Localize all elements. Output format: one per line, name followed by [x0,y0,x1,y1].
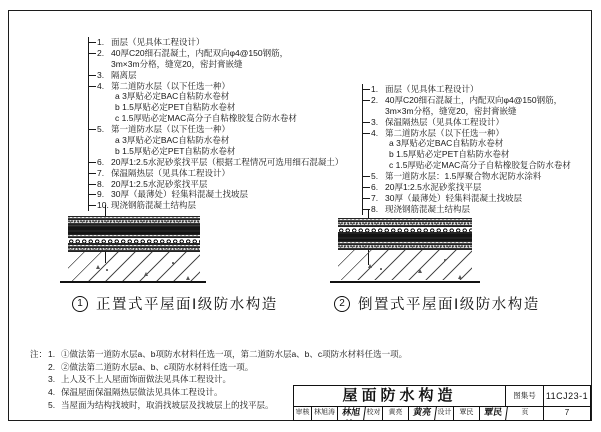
spec-row: 10. 现浇钢筋混凝土结构层 [89,200,343,211]
spec-row: b 1.5厚贴必定PET自粘防水卷材 [89,146,343,157]
leader-tick [89,194,96,195]
approval-role: 审核 [294,407,312,420]
layer-structure-hatch [338,249,472,280]
leader-tick [363,133,370,134]
leader-tick [363,89,370,90]
ground-line-left [60,281,206,283]
item-text: 3m×3m分格，缝宽20，密封膏嵌缝 [385,106,517,117]
item-text: 20厚1:2.5水泥砂浆找平层（根据工程情况可选用细石混凝土） [111,157,343,168]
item-number: 7. [96,168,111,179]
layer-insulation [68,237,200,244]
note-text: 保温屋面保温隔热层做法见具体工程设计。 [61,386,223,399]
spec-row: c 1.5厚贴必定MAC高分子自粘橡胶复合防水卷材 [89,113,343,124]
spec-row: b 1.5厚贴必定PET自粘防水卷材 [363,149,571,160]
caption-left: 1 正置式平屋面Ⅰ级防水构造 [72,293,278,314]
item-text: 第二道防水层（以下任选一种） [111,81,230,92]
leader-tick [363,187,370,188]
atlas-number-label: 图集号 [506,386,544,406]
atlas-page: 1. 面层（见具体工程设计） 2. 40厚C20细石混凝土，内配双向φ4@150… [0,0,601,432]
spec-row: 3. 保温隔热层（见具体工程设计） [363,117,571,128]
title-block-top-row: 屋面防水构造 图集号 11CJ23-1 [294,386,590,407]
leader-tick [363,198,370,199]
spec-row: a 3厚贴必定BAC自粘防水卷材 [89,91,343,102]
spec-row: 1. 面层（见具体工程设计） [363,84,571,95]
leader-tick [363,122,370,123]
layer-spec-list-left: 1. 面层（见具体工程设计） 2. 40厚C20细石混凝土，内配双向φ4@150… [88,37,343,211]
note-number: 5. [48,399,61,412]
approval-name: 覃民 [454,407,480,420]
roof-section-left [68,216,200,281]
item-number: 10. [96,200,111,211]
spec-row: 7. 30厚（最薄处）轻集料混凝土找坡层 [363,193,571,204]
spec-row: b 1.5厚贴必定PET自粘防水卷材 [89,102,343,113]
caption-right-text: 倒置式平屋面Ⅰ级防水构造 [358,293,540,314]
spec-row: a 3厚贴必定BAC自粘防水卷材 [363,138,571,149]
item-text: 3m×3m分格，缝宽20，密封膏嵌缝 [111,59,243,70]
spec-row: 3. 隔离层 [89,70,343,81]
item-number: 5. [96,124,111,135]
item-text: a 3厚贴必定BAC自粘防水卷材 [111,91,229,102]
aggregate-mark [458,275,462,279]
circled-number-2: 2 [334,296,350,312]
spec-row: 5. 第一道防水层：1.5厚聚合物水泥防水涂料 [363,171,571,182]
spec-row: 5. 第一道防水层（以下任选一种） [89,124,343,135]
approval-name: 林旭涛 [312,407,338,420]
note-text: 上人及不上人屋面饰面做法见具体工程设计。 [61,373,231,386]
aggregate-mark [144,272,148,276]
item-text: b 1.5厚贴必定PET自粘防水卷材 [111,146,235,157]
note-number: 3. [48,373,61,386]
item-text: c 1.5厚贴必定MAC高分子自粘橡胶复合防水卷材 [111,113,297,124]
ground-line-right [330,281,480,283]
roof-section-right [338,218,472,280]
leader-tick [89,129,96,130]
item-text: 40厚C20细石混凝土，内配双向φ4@150钢筋， [111,48,288,59]
aggregate-mark [106,269,108,271]
item-text: b 1.5厚贴必定PET自粘防水卷材 [385,149,509,160]
item-number: 3. [96,70,111,81]
sheet-title: 屋面防水构造 [294,386,506,406]
item-text: 现浇钢筋混凝土结构层 [111,200,196,211]
leader-tick [89,42,96,43]
spec-row: 8. 现浇钢筋混凝土结构层 [363,204,571,215]
approval-role: 设计 [436,407,454,420]
leader-tick [89,75,96,76]
aggregate-mark [418,269,422,273]
note-row: 2. ②做法第二道防水层a、b、c项防水材料任选一项。 [48,361,407,374]
item-text: 第一道防水层：1.5厚聚合物水泥防水涂料 [385,171,541,182]
notes-label: 注： [30,348,47,360]
item-number: 8. [96,179,111,190]
item-number: 1. [96,37,111,48]
approval-name: 黄亮 [383,407,409,420]
page-number: 7 [544,407,590,420]
layer-spec-list-right: 1. 面层（见具体工程设计） 2. 40厚C20细石混凝土，内配双向φ4@150… [362,84,571,215]
leader-tick [89,173,96,174]
approval-group: 校对 黄亮 黄亮 [365,407,436,420]
aggregate-mark [444,259,446,261]
aggregate-mark [96,265,100,269]
spec-row: 7. 保温隔热层（见具体工程设计） [89,168,343,179]
spec-row: 2. 40厚C20细石混凝土，内配双向φ4@150钢筋， [89,48,343,59]
item-number: 7. [370,193,385,204]
note-text: 当屋面为结构找坡时，取消找坡层及找坡层上的找平层。 [61,399,274,412]
leader-tick [363,100,370,101]
item-number: 6. [370,182,385,193]
spec-row: 6. 20厚1:2.5水泥砂浆找平层（根据工程情况可选用细石混凝土） [89,157,343,168]
spec-row: 2. 40厚C20细石混凝土，内配双向φ4@150钢筋， [363,95,571,106]
item-text: 20厚1:2.5水泥砂浆找平层 [385,182,481,193]
page-label: 页 [507,407,544,420]
note-number: 2. [48,361,61,374]
spec-row: 8. 20厚1:2.5水泥砂浆找平层 [89,179,343,190]
spec-row: 3m×3m分格，缝宽20，密封膏嵌缝 [363,106,571,117]
aggregate-mark [380,268,382,270]
item-text: 保温隔热层（见具体工程设计） [111,168,230,179]
item-number: 6. [96,157,111,168]
item-text: a 3厚贴必定BAC自粘防水卷材 [111,135,229,146]
item-text: b 1.5厚贴必定PET自粘防水卷材 [111,102,235,113]
note-row: 1. ①做法第一道防水层a、b项防水材料任选一项，第二道防水层a、b、c项防水材… [48,348,407,361]
item-text: 第一道防水层（以下任选一种） [111,124,230,135]
spec-row: 9. 30厚（最薄处）轻集料混凝土找坡层 [89,189,343,200]
approvals: 审核 林旭涛 林旭涛 校对 黄亮 黄亮 设计 覃民 覃民 [294,407,507,420]
note-text: ②做法第二道防水层a、b、c项防水材料任选一项。 [61,361,253,374]
approval-signature: 覃民 [479,407,508,420]
spec-row: 6. 20厚1:2.5水泥砂浆找平层 [363,182,571,193]
spec-row: 3m×3m分格，缝宽20，密封膏嵌缝 [89,59,343,70]
title-block-bottom-row: 审核 林旭涛 林旭涛 校对 黄亮 黄亮 设计 覃民 覃民 页 7 [294,407,590,420]
item-number: 2. [370,95,385,106]
note-text: ①做法第一道防水层a、b项防水材料任选一项，第二道防水层a、b、c项防水材料任选… [61,348,407,361]
title-block: 屋面防水构造 图集号 11CJ23-1 审核 林旭涛 林旭涛 校对 黄亮 黄亮 … [293,385,591,421]
item-text: 20厚1:2.5水泥砂浆找平层 [111,179,207,190]
approval-signature: 黄亮 [408,407,437,420]
item-number: 5. [370,171,385,182]
spec-row: 1. 面层（见具体工程设计） [89,37,343,48]
aggregate-mark [368,264,372,268]
leader-tick [89,53,96,54]
leader-tick [89,86,96,87]
leader-tick [89,184,96,185]
spec-row: a 3厚贴必定BAC自粘防水卷材 [89,135,343,146]
spec-row: 4. 第二道防水层（以下任选一种） [363,128,571,139]
note-number: 4. [48,386,61,399]
item-text: 40厚C20细石混凝土，内配双向φ4@150钢筋， [385,95,562,106]
approval-signature: 林旭涛 [337,407,366,420]
item-text: 隔离层 [111,70,137,81]
item-text: 现浇钢筋混凝土结构层 [385,204,470,215]
item-text: 30厚（最薄处）轻集料混凝土找坡层 [385,193,522,204]
layer-structure-hatch [68,251,200,281]
circled-number-1: 1 [72,296,88,312]
atlas-number-value: 11CJ23-1 [544,386,590,406]
caption-right: 2 倒置式平屋面Ⅰ级防水构造 [334,293,540,314]
approval-group: 设计 覃民 覃民 [436,407,507,420]
note-number: 1. [48,348,61,361]
caption-left-text: 正置式平屋面Ⅰ级防水构造 [96,293,278,314]
item-number: 8. [370,204,385,215]
item-text: 30厚（最薄处）轻集料混凝土找坡层 [111,189,248,200]
aggregate-mark [186,276,190,280]
leader-tick [89,205,96,206]
item-number: 4. [370,128,385,139]
item-number: 2. [96,48,111,59]
spec-row: c 1.5厚贴必定MAC高分子自粘橡胶复合防水卷材 [363,160,571,171]
item-text: 面层（见具体工程设计） [385,84,479,95]
item-text: 第二道防水层（以下任选一种） [385,128,504,139]
item-number: 1. [370,84,385,95]
item-number: 3. [370,117,385,128]
item-text: a 3厚贴必定BAC自粘防水卷材 [385,138,503,149]
spec-row: 4. 第二道防水层（以下任选一种） [89,81,343,92]
layer-insulation [338,226,472,233]
item-text: 保温隔热层（见具体工程设计） [385,117,504,128]
item-number: 4. [96,81,111,92]
item-number: 9. [96,189,111,200]
item-text: c 1.5厚贴必定MAC高分子自粘橡胶复合防水卷材 [385,160,571,171]
approval-role: 校对 [365,407,383,420]
item-text: 面层（见具体工程设计） [111,37,205,48]
approval-group: 审核 林旭涛 林旭涛 [294,407,365,420]
leader-tick [89,162,96,163]
aggregate-mark [172,262,174,264]
leader-tick [363,176,370,177]
